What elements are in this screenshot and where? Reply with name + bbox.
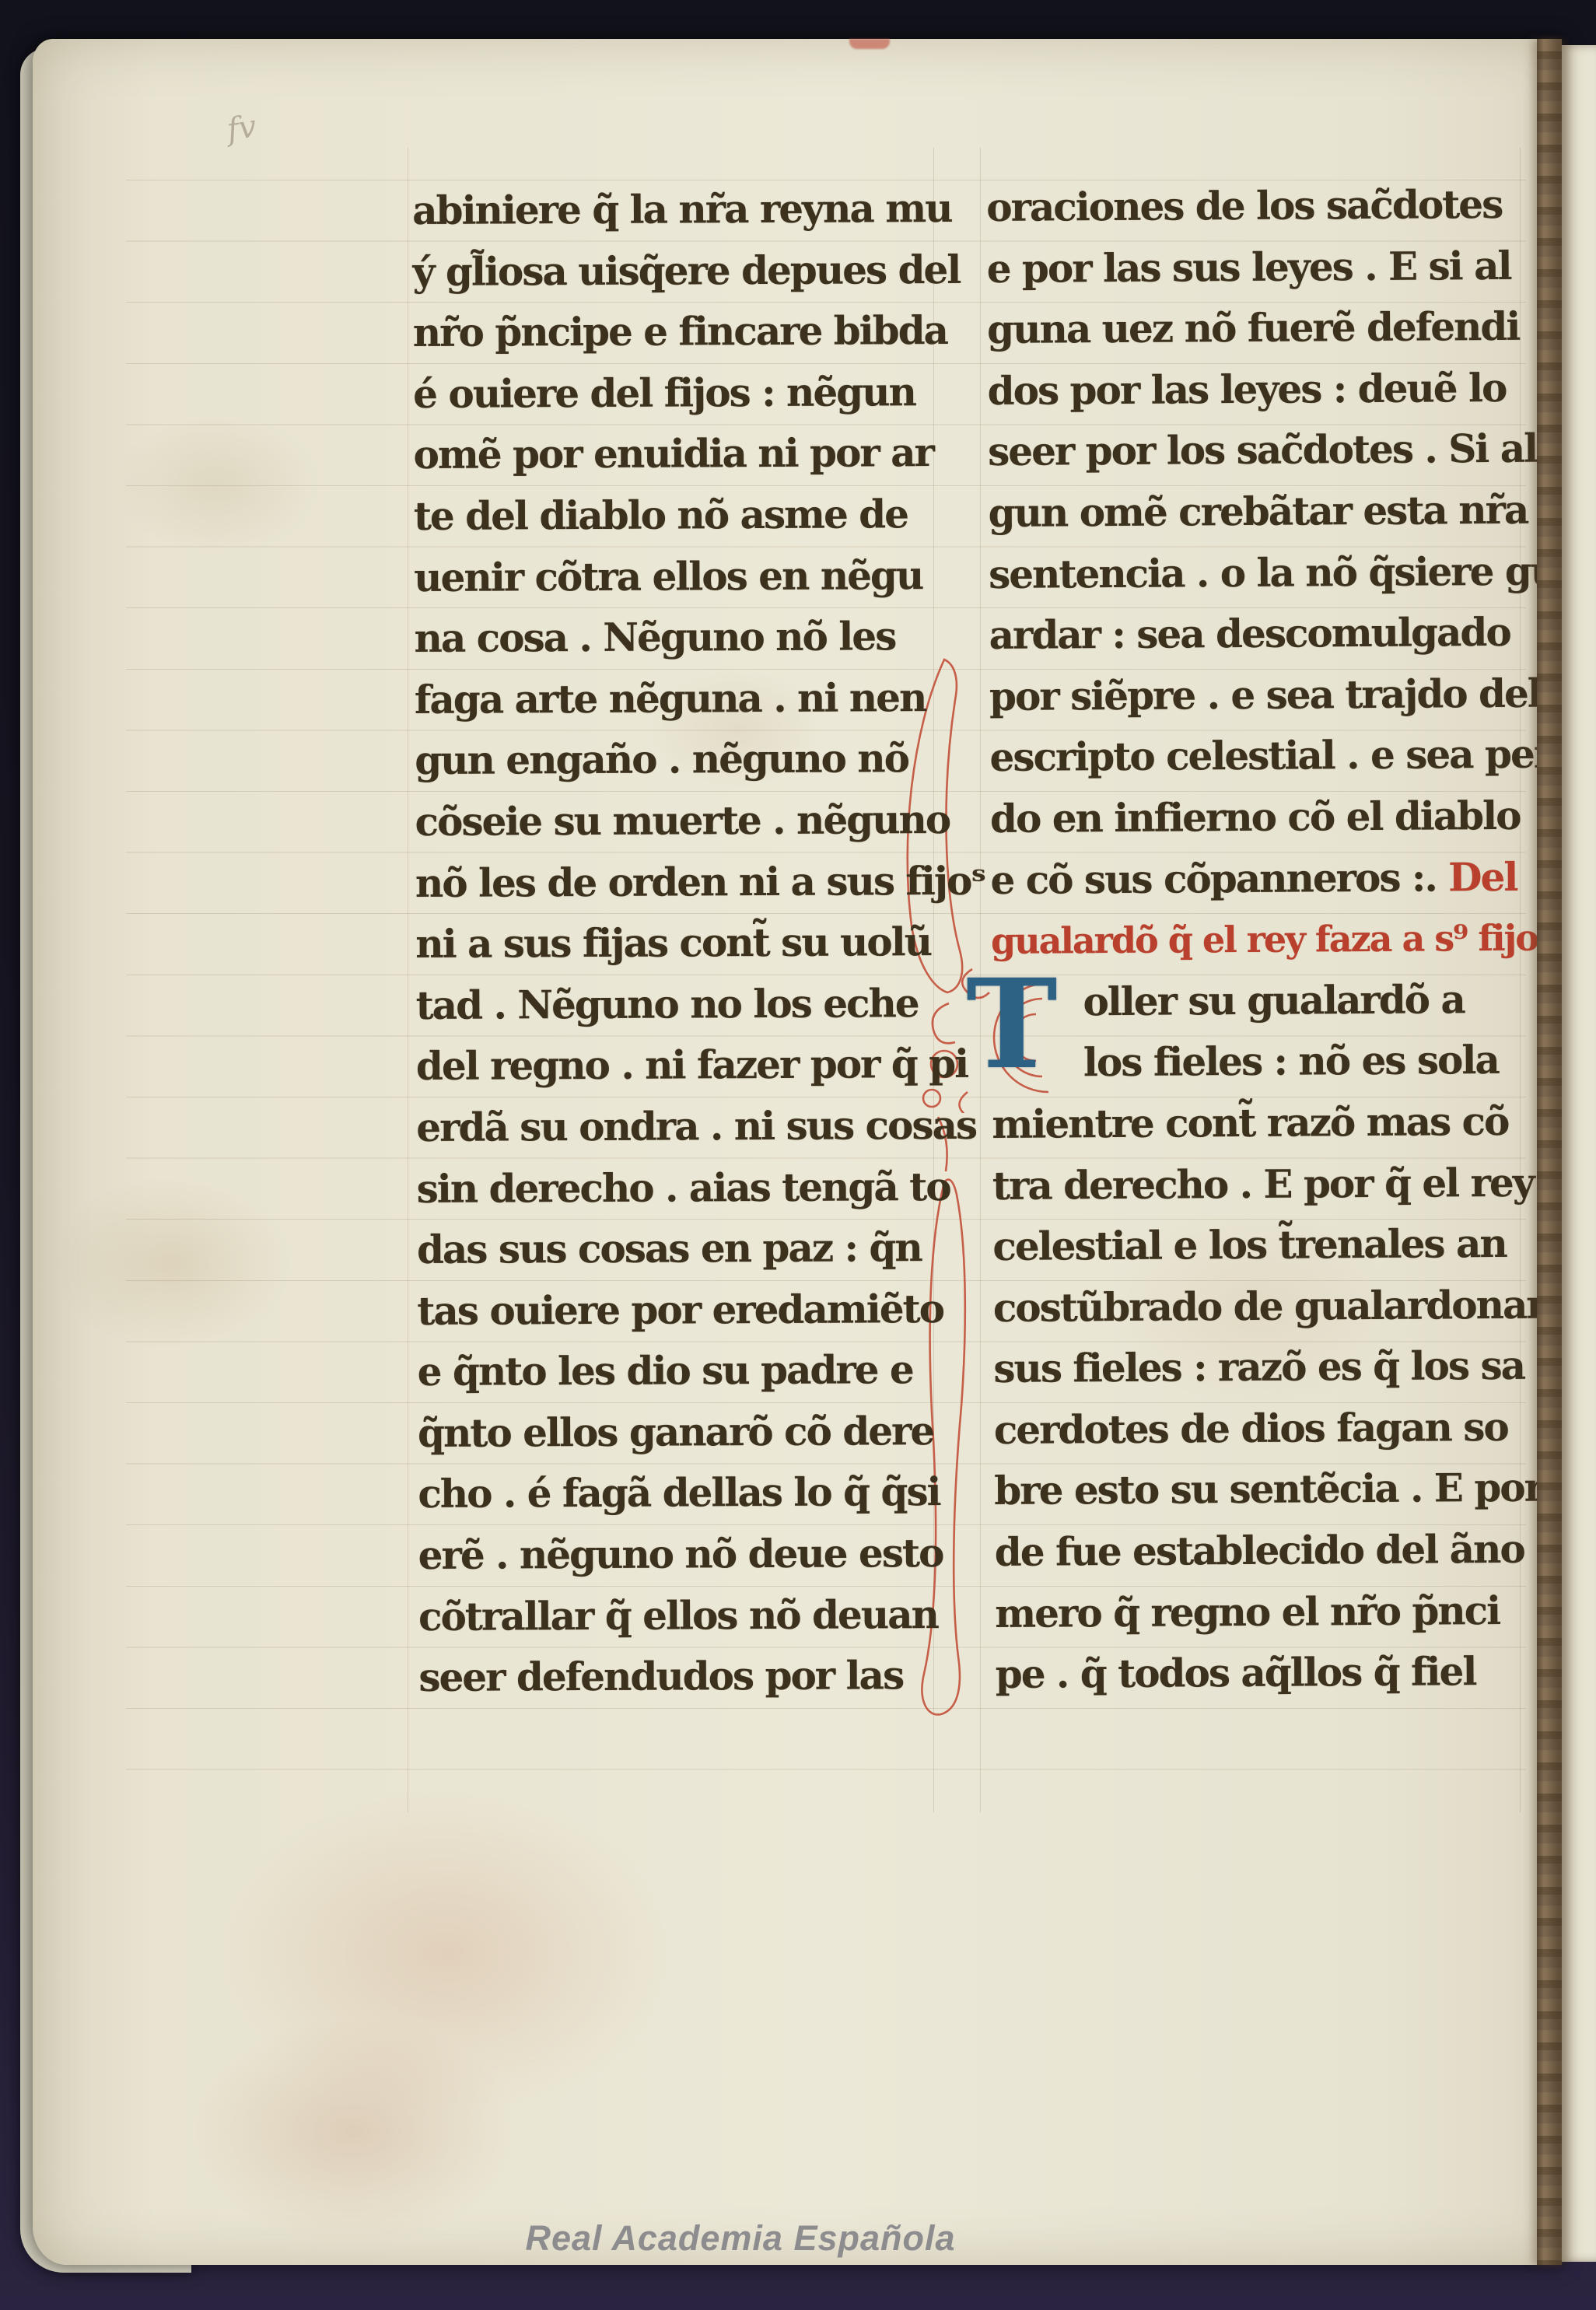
- body-text: dos por las leyes : deuẽ lo: [987, 365, 1506, 414]
- initial-letter: T: [966, 958, 1058, 1092]
- body-text: cho . é fagã dellas lo q̃ q̃si: [418, 1469, 940, 1517]
- body-text: sin derecho . aias tengã to: [417, 1163, 950, 1211]
- body-text: de fue establecido del ãno p̃: [995, 1526, 1563, 1575]
- library-watermark: Real Academia Española: [422, 2218, 1059, 2259]
- manuscript-line: escripto celestial . e sea pena: [989, 724, 1596, 789]
- body-text: del regno . ni fazer por q̃ pi: [416, 1041, 968, 1089]
- manuscript-line: guna uez nõ fuerẽ defendi: [987, 296, 1596, 360]
- manuscript-line: e por las sus leyes . E si al: [986, 235, 1596, 299]
- manuscript-line: oraciones de los sac̃dotes: [986, 173, 1596, 238]
- parchment-page: fv abiniere q̃ la nr̃a reyna muý gl̃iosa…: [33, 39, 1562, 2265]
- body-text: cõseie su muerte . nẽguno: [415, 796, 950, 845]
- manuscript-line: mero q̃ regno el nr̃o p̃nci: [995, 1580, 1596, 1644]
- manuscript-line: cho . é fagã dellas lo q̃ q̃si: [418, 1461, 988, 1525]
- manuscript-line: sus fieles : razõ es q̃ los sa: [993, 1335, 1596, 1399]
- manuscript-line: gun engaño . nẽguno nõ: [415, 728, 985, 792]
- manuscript-line: sentencia . o la nõ q̃siere gu: [989, 541, 1596, 605]
- manuscript-line: erdã su ondra . ni sus cosas: [416, 1095, 986, 1159]
- manuscript-line: ni a sus fijas cont̃ su uolũ: [415, 912, 985, 975]
- manuscript-line: tra derecho . E por q̃ el rey: [992, 1152, 1596, 1216]
- binding-seam: [1537, 39, 1562, 2265]
- manuscript-line: oller su gualardõ a: [991, 968, 1596, 1033]
- manuscript-line: cõseie su muerte . nẽguno: [415, 789, 985, 853]
- right-text-column: oraciones de los sac̃dotese por las sus …: [986, 173, 1596, 1706]
- body-text: por siẽpre . e sea trajdo del: [989, 670, 1541, 719]
- body-text: ý gl̃iosa uisq̃ere depues del: [412, 247, 960, 295]
- photo-background: fv abiniere q̃ la nr̃a reyna muý gl̃iosa…: [0, 0, 1596, 2310]
- left-text-column: abiniere q̃ la nr̃a reyna muý gl̃iosa ui…: [412, 178, 989, 1709]
- manuscript-line: do en infierno cõ el diablo: [990, 785, 1596, 849]
- body-text: é ouiere del fijos : nẽgun: [413, 369, 915, 417]
- body-text: tad . Nẽguno no los eche: [415, 980, 918, 1028]
- manuscript-line: erẽ . nẽguno nõ deue esto: [418, 1523, 989, 1587]
- manuscript-line: uenir cõtra ellos en nẽgu: [414, 544, 984, 608]
- pencil-folio-mark: fv: [225, 109, 258, 149]
- body-text: oraciones de los sac̃dotes: [986, 181, 1502, 230]
- body-text: los fieles : nõ es sola: [1083, 1037, 1499, 1085]
- manuscript-line: cõtrallar q̃ ellos nõ deuan: [418, 1584, 989, 1647]
- manuscript-line: gun omẽ crebãtar esta nr̃a: [988, 479, 1596, 544]
- body-text: bre esto su sentẽcia . E por en: [994, 1465, 1596, 1514]
- body-text: das sus cosas en paz : q̃n: [417, 1224, 922, 1272]
- manuscript-line: tad . Nẽguno no los eche: [415, 973, 985, 1037]
- body-text: cerdotes de dios fagan so: [994, 1404, 1508, 1453]
- body-text: abiniere q̃ la nr̃a reyna mu: [412, 185, 952, 233]
- manuscript-line: dos por las leyes : deuẽ lo: [987, 357, 1596, 422]
- manuscript-line: sin derecho . aias tengã to: [416, 1156, 986, 1220]
- rubric-text: gualardõ q̃ el rey faza a s⁹ fijos.: [991, 917, 1567, 963]
- body-text: q̃nto ellos ganarõ cõ dere: [418, 1408, 933, 1456]
- manuscript-line: costũbrado de gualardonar: [993, 1274, 1596, 1339]
- manuscript-line: q̃nto ellos ganarõ cõ dere: [418, 1401, 988, 1465]
- body-text: mientre cont̃ razõ mas cõ: [992, 1098, 1508, 1147]
- manuscript-line: na cosa . Nẽguno nõ les: [414, 606, 984, 670]
- body-text: e q̃nto les dio su padre e: [418, 1346, 913, 1395]
- body-text: mero q̃ regno el nr̃o p̃nci: [995, 1587, 1500, 1636]
- manuscript-line: é ouiere del fijos : nẽgun: [413, 362, 983, 425]
- body-text: celestial e los t̃renales an: [992, 1220, 1507, 1269]
- body-text: omẽ por enuidia ni por ar: [413, 429, 933, 478]
- manuscript-line: omẽ por enuidia ni por ar: [413, 422, 983, 486]
- manuscript-line: te del diablo nõ asme de: [414, 484, 984, 548]
- body-text: gun engaño . nẽguno nõ: [415, 736, 908, 784]
- manuscript-line: e cõ sus cõpanneros :. Del: [990, 846, 1596, 911]
- body-text: faga arte nẽguna . ni nen: [415, 674, 926, 723]
- body-text: guna uez nõ fuerẽ defendi: [987, 303, 1520, 352]
- body-text: cõtrallar q̃ ellos nõ deuan: [418, 1591, 938, 1640]
- adjacent-page-edge: [1562, 45, 1596, 2262]
- body-text: costũbrado de gualardonar: [993, 1281, 1545, 1330]
- manuscript-line: pe . q̃ todos aq̃llos q̃ fiel: [996, 1640, 1596, 1705]
- chapter-initial: T: [960, 969, 1058, 1103]
- manuscript-line: mientre cont̃ razõ mas cõ: [992, 1090, 1596, 1155]
- manuscript-line: faga arte nẽguna . ni nen: [415, 667, 985, 731]
- body-text: sus fieles : razõ es q̃ los sa: [993, 1342, 1524, 1391]
- manuscript-line: das sus cosas en paz : q̃n: [417, 1217, 987, 1281]
- manuscript-line: abiniere q̃ la nr̃a reyna mu: [412, 178, 982, 242]
- red-ink-smudge: [849, 39, 890, 49]
- manuscript-line: nõ les de orden ni a sus fijoˢ: [415, 850, 985, 914]
- body-text: seer por los sac̃dotes . Si al: [988, 425, 1537, 474]
- manuscript-line: cerdotes de dios fagan so: [994, 1396, 1596, 1461]
- body-text: te del diablo nõ asme de: [414, 491, 908, 539]
- body-text: uenir cõtra ellos en nẽgu: [414, 552, 922, 600]
- manuscript-line: seer por los sac̃dotes . Si al: [988, 418, 1596, 483]
- rubric-text: Del: [1448, 853, 1517, 900]
- body-text: e cõ sus cõpanneros :.: [990, 854, 1448, 903]
- body-text: ni a sus fijas cont̃ su uolũ: [415, 919, 931, 967]
- column-rule-left: [408, 148, 408, 1812]
- body-text: na cosa . Nẽguno nõ les: [414, 613, 895, 661]
- body-text: pe . q̃ todos aq̃llos q̃ fiel: [996, 1648, 1476, 1697]
- manuscript-line: tas ouiere por eredamiẽto: [417, 1278, 987, 1342]
- body-text: gun omẽ crebãtar esta nr̃a: [988, 487, 1528, 536]
- manuscript-line: bre esto su sentẽcia . E por en: [994, 1458, 1596, 1522]
- body-text: do en infierno cõ el diablo: [990, 793, 1521, 842]
- manuscript-line: por siẽpre . e sea trajdo del: [989, 663, 1596, 727]
- manuscript-line: seer defendudos por las: [418, 1645, 989, 1709]
- manuscript-line: nr̃o p̃ncipe e fincare bibda: [413, 300, 983, 364]
- manuscript-line: del regno . ni fazer por q̃ pi: [416, 1034, 986, 1097]
- body-text: nr̃o p̃ncipe e fincare bibda: [413, 307, 947, 355]
- body-text: tas ouiere por eredamiẽto: [417, 1286, 943, 1334]
- body-text: nõ les de orden ni a sus fijoˢ: [415, 857, 985, 905]
- manuscript-line: e q̃nto les dio su padre e: [418, 1339, 988, 1403]
- body-text: tra derecho . E por q̃ el rey: [992, 1159, 1534, 1208]
- body-text: erdã su ondra . ni sus cosas: [416, 1102, 976, 1150]
- manuscript-line: de fue establecido del ãno p̃: [995, 1518, 1596, 1583]
- manuscript-line: ý gl̃iosa uisq̃ere depues del: [412, 239, 982, 303]
- body-text: oller su gualardõ a: [1083, 976, 1465, 1024]
- manuscript-line: ardar : sea descomulgado: [989, 601, 1596, 666]
- rubric-line: gualardõ q̃ el rey faza a s⁹ fijos.: [991, 907, 1596, 971]
- body-text: sentencia . o la nõ q̃siere gu: [989, 548, 1557, 597]
- manuscript-line: celestial e los t̃renales an: [992, 1213, 1596, 1277]
- manuscript-line: los fieles : nõ es sola: [992, 1029, 1596, 1094]
- body-text: seer defendudos por las: [418, 1653, 903, 1701]
- body-text: erẽ . nẽguno nõ deue esto: [418, 1530, 943, 1578]
- body-text: ardar : sea descomulgado: [989, 609, 1510, 658]
- body-text: e por las sus leyes . E si al: [987, 242, 1511, 291]
- body-text: escripto celestial . e sea pena: [989, 731, 1584, 781]
